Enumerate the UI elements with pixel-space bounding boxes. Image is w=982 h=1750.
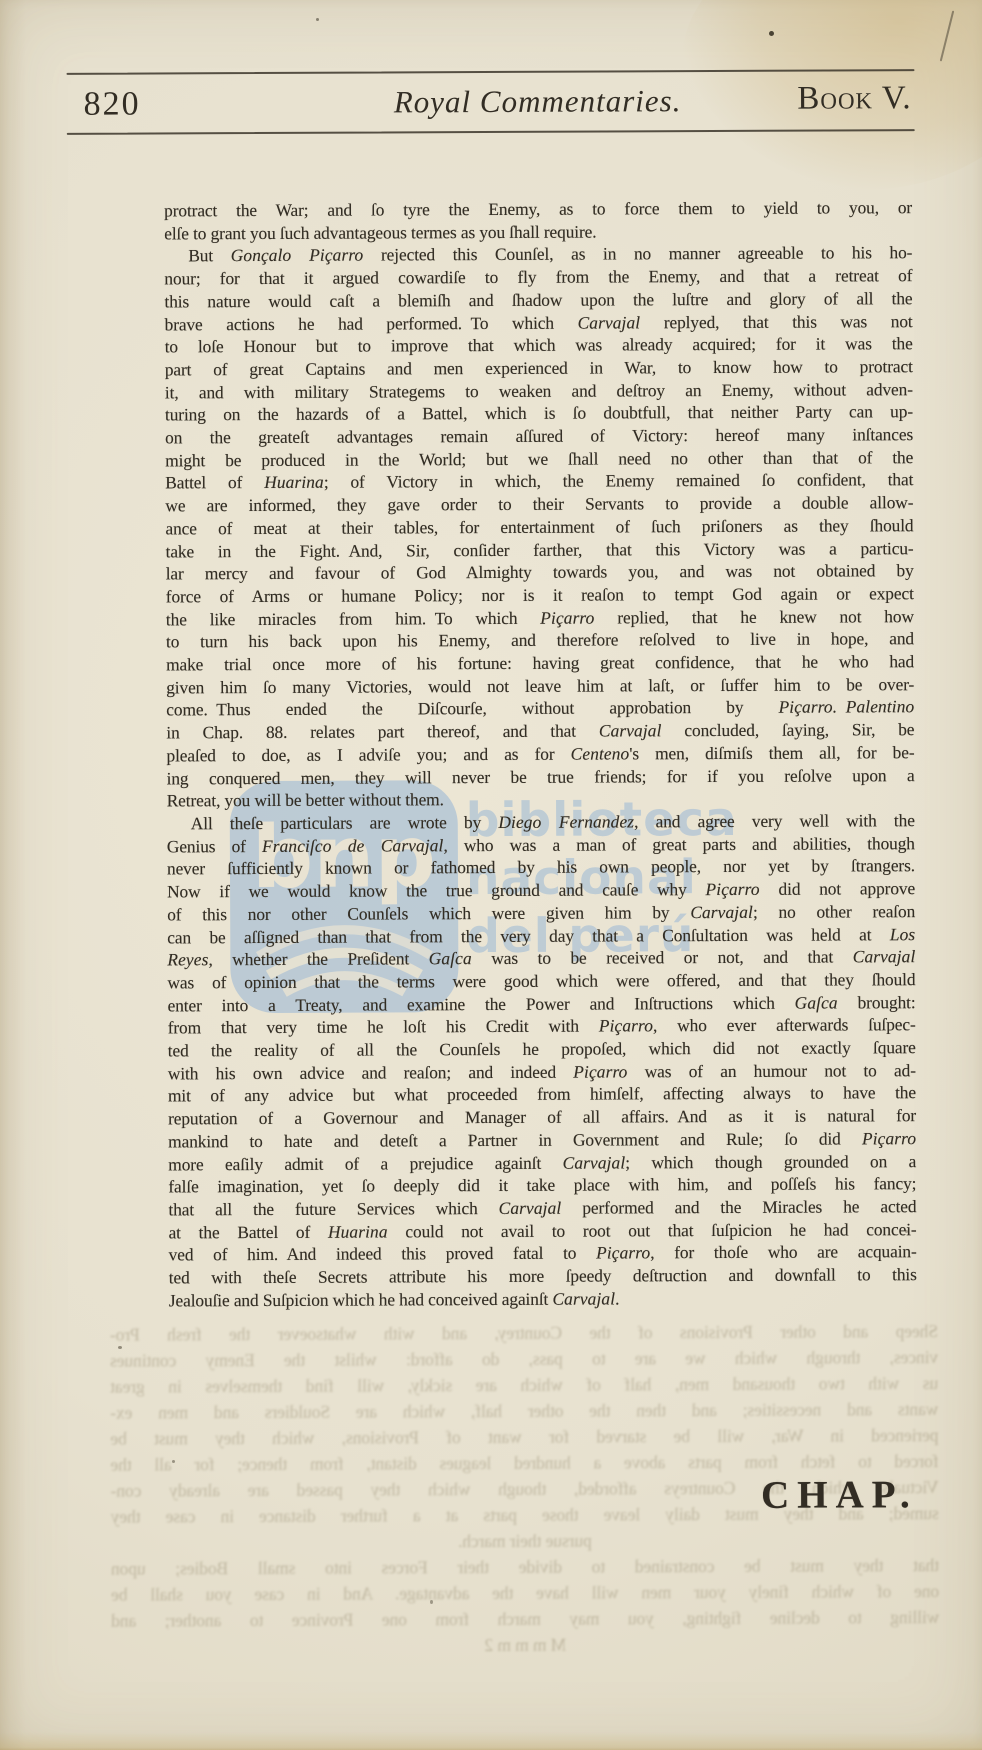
- text-line: can be aſſigned than that from the very …: [167, 923, 915, 949]
- paragraph: All theſe particulars are wrote by Diego…: [167, 809, 917, 1312]
- text-line: Reyes, whether the Preſident Gaſca was t…: [167, 945, 915, 971]
- proper-noun-italic: Diego Fernandez: [498, 811, 634, 832]
- book-label: Book V.: [164, 80, 912, 120]
- text-line: Genius of Franciſco de Carvajal, who was…: [167, 832, 915, 858]
- proper-noun-italic: Piçarro: [573, 1061, 627, 1081]
- proper-noun-italic: Carvajal: [578, 312, 641, 332]
- text-line: with his own advice and reaſon; and inde…: [168, 1059, 916, 1085]
- bleedthrough-line: pursue their march.: [111, 1526, 939, 1556]
- proper-noun-italic: Huarina: [264, 472, 324, 492]
- proper-noun-italic: Gonçalo Piçarro: [231, 245, 364, 266]
- text-line: make trial once more of his fortune: hav…: [166, 650, 914, 676]
- proper-noun-italic: Gaſca: [429, 948, 472, 968]
- header-rule-bottom: [67, 129, 915, 135]
- proper-noun-italic: Gaſca: [795, 992, 838, 1012]
- header-rule-top: [66, 69, 914, 75]
- text-line: turing on the hazards of a Battel, which…: [165, 400, 913, 426]
- proper-noun-italic: Centeno: [571, 743, 630, 763]
- text-line: to turn his back upon his Enemy, and the…: [166, 628, 914, 654]
- proper-noun-italic: Piçarro: [540, 607, 594, 627]
- text-line: more eaſily admit of a prejudice againſt…: [168, 1150, 916, 1176]
- bleedthrough-line: M m m m 2: [111, 1630, 939, 1660]
- text-line: take in the Fight. And, Sir, conſider fa…: [166, 537, 914, 563]
- text-line: enter into a Treaty, and examine the Pow…: [168, 991, 916, 1017]
- text-line: ted with theſe Secrets attribute his mor…: [169, 1263, 917, 1289]
- proper-noun-italic: Carvajal: [563, 1152, 626, 1172]
- text-line: ing conquered men, they will never be tr…: [167, 764, 915, 790]
- text-line: lar mercy and favour of God Almighty tow…: [166, 559, 914, 585]
- proper-noun-italic: Piçarro.: [779, 697, 838, 717]
- text-line: Retreat, you will be better without them…: [167, 786, 915, 812]
- text-line: ance of meat at their tables, for entert…: [165, 514, 913, 540]
- paragraph: protract the War; and ſo tyre the Enemy,…: [164, 196, 912, 245]
- text-line: at the Battel of Huarina could not avail…: [169, 1218, 917, 1244]
- proper-noun-italic: Carvajal: [853, 946, 916, 966]
- text-line: ved of him. And indeed this proved fatal…: [169, 1240, 917, 1266]
- proper-noun-italic: Huarina: [328, 1221, 388, 1241]
- text-line: ted the reality of all the Counſels he p…: [168, 1036, 916, 1062]
- text-line: was of opinion that the terms were good …: [167, 968, 915, 994]
- text-line: elſe to grant you ſuch advantageous term…: [164, 219, 912, 245]
- scanned-content: Sheep and other Provisions of the Countr…: [0, 0, 982, 1750]
- text-line: to loſe Honour but to improve that which…: [165, 332, 913, 358]
- proper-noun-italic: Carvajal: [499, 1198, 562, 1218]
- text-line: this nature would caſt a blemiſh and ſha…: [164, 287, 912, 313]
- text-line: of this nor other Counſels which were gi…: [167, 900, 915, 926]
- text-line: pleaſed to doe, as I adviſe you; and as …: [166, 741, 914, 767]
- page-number: 820: [84, 86, 141, 124]
- bleedthrough-line: vinces, through which we are to pass, do…: [110, 1344, 938, 1374]
- text-line: But Gonçalo Piçarro rejected this Counſe…: [164, 242, 912, 268]
- text-line: nour; for that it argued cowardiſe to fl…: [164, 264, 912, 290]
- proper-noun-italic: Piçarro: [599, 1016, 653, 1036]
- paragraph: But Gonçalo Piçarro rejected this Counſe…: [164, 242, 914, 813]
- text-line: Jealouſie and Suſpicion which he had con…: [169, 1286, 917, 1312]
- text-line: reputation of a Governour and Manager of…: [168, 1104, 916, 1130]
- proper-noun-italic: Piçarro: [862, 1128, 916, 1148]
- text-line: come. Thus ended the Diſcourſe, without …: [166, 696, 914, 722]
- proper-noun-italic: Los: [890, 924, 916, 944]
- bleedthrough-line: wants and necessities; and then the othe…: [110, 1396, 938, 1426]
- text-line: Battel of Huarina; of Victory in which, …: [165, 469, 913, 495]
- catchword: CHAP.: [170, 1472, 918, 1520]
- proper-noun-italic: Carvajal: [599, 720, 662, 740]
- text-line: Now if we would know the true ground and…: [167, 877, 915, 903]
- text-line: in Chap. 88. relates part thereof, and t…: [166, 718, 914, 744]
- bleedthrough-line: us with two thousand men, half of which …: [110, 1370, 938, 1400]
- text-line: force of Arms or humane Policy; nor is i…: [166, 582, 914, 608]
- text-line: All theſe particulars are wrote by Diego…: [167, 809, 915, 835]
- text-line: mit of any advice but what proceeded fro…: [168, 1082, 916, 1108]
- text-line: we are informed, they gave order to thei…: [165, 491, 913, 517]
- text-line: protract the War; and ſo tyre the Enemy,…: [164, 196, 912, 222]
- proper-noun-italic: Franciſco de Carvajal: [262, 835, 444, 856]
- bleedthrough-line: perienced in War, will be starved for wa…: [110, 1422, 938, 1452]
- proper-noun-italic: Piçarro: [705, 879, 759, 899]
- text-line: that all the future Services which Carva…: [168, 1195, 916, 1221]
- text-line: it, and with military Strategems to weak…: [165, 378, 913, 404]
- text-line: from that very time he loſt his Credit w…: [168, 1013, 916, 1039]
- bleedthrough-line: willing to decline fighting, you may mar…: [111, 1604, 939, 1634]
- text-line: the like miracles from him. To which Piç…: [166, 605, 914, 631]
- bleedthrough-line: Sheep and other Provisions of the Countr…: [110, 1318, 938, 1348]
- proper-noun-italic: Piçarro: [596, 1243, 650, 1263]
- text-line: never ſufficiently known or fathomed by …: [167, 855, 915, 881]
- bleedthrough-line: that they must be constrained to divide …: [111, 1552, 939, 1582]
- body-text: protract the War; and ſo tyre the Enemy,…: [164, 196, 917, 1312]
- text-line: brave actions he had performed. To which…: [165, 310, 913, 336]
- book-page-scan: Sheep and other Provisions of the Countr…: [0, 0, 982, 1750]
- proper-noun-italic: Carvajal: [552, 1288, 615, 1308]
- proper-noun-italic: Palentino: [846, 697, 915, 717]
- text-line: on the greateſt advantages remain aſſure…: [165, 423, 913, 449]
- text-line: part of great Captains and men experienc…: [165, 355, 913, 381]
- text-line: might be produced in the World; but we ſ…: [165, 446, 913, 472]
- text-line: falſe imagination, yet ſo deeply did it …: [168, 1172, 916, 1198]
- text-line: given him ſo many Victories, would not l…: [166, 673, 914, 699]
- text-line: mankind to hate and deteſt a Partner in …: [168, 1127, 916, 1153]
- proper-noun-italic: Reyes: [167, 949, 208, 969]
- proper-noun-italic: Carvajal: [690, 902, 753, 922]
- bleedthrough-line: one of which finely your men will have t…: [111, 1578, 939, 1608]
